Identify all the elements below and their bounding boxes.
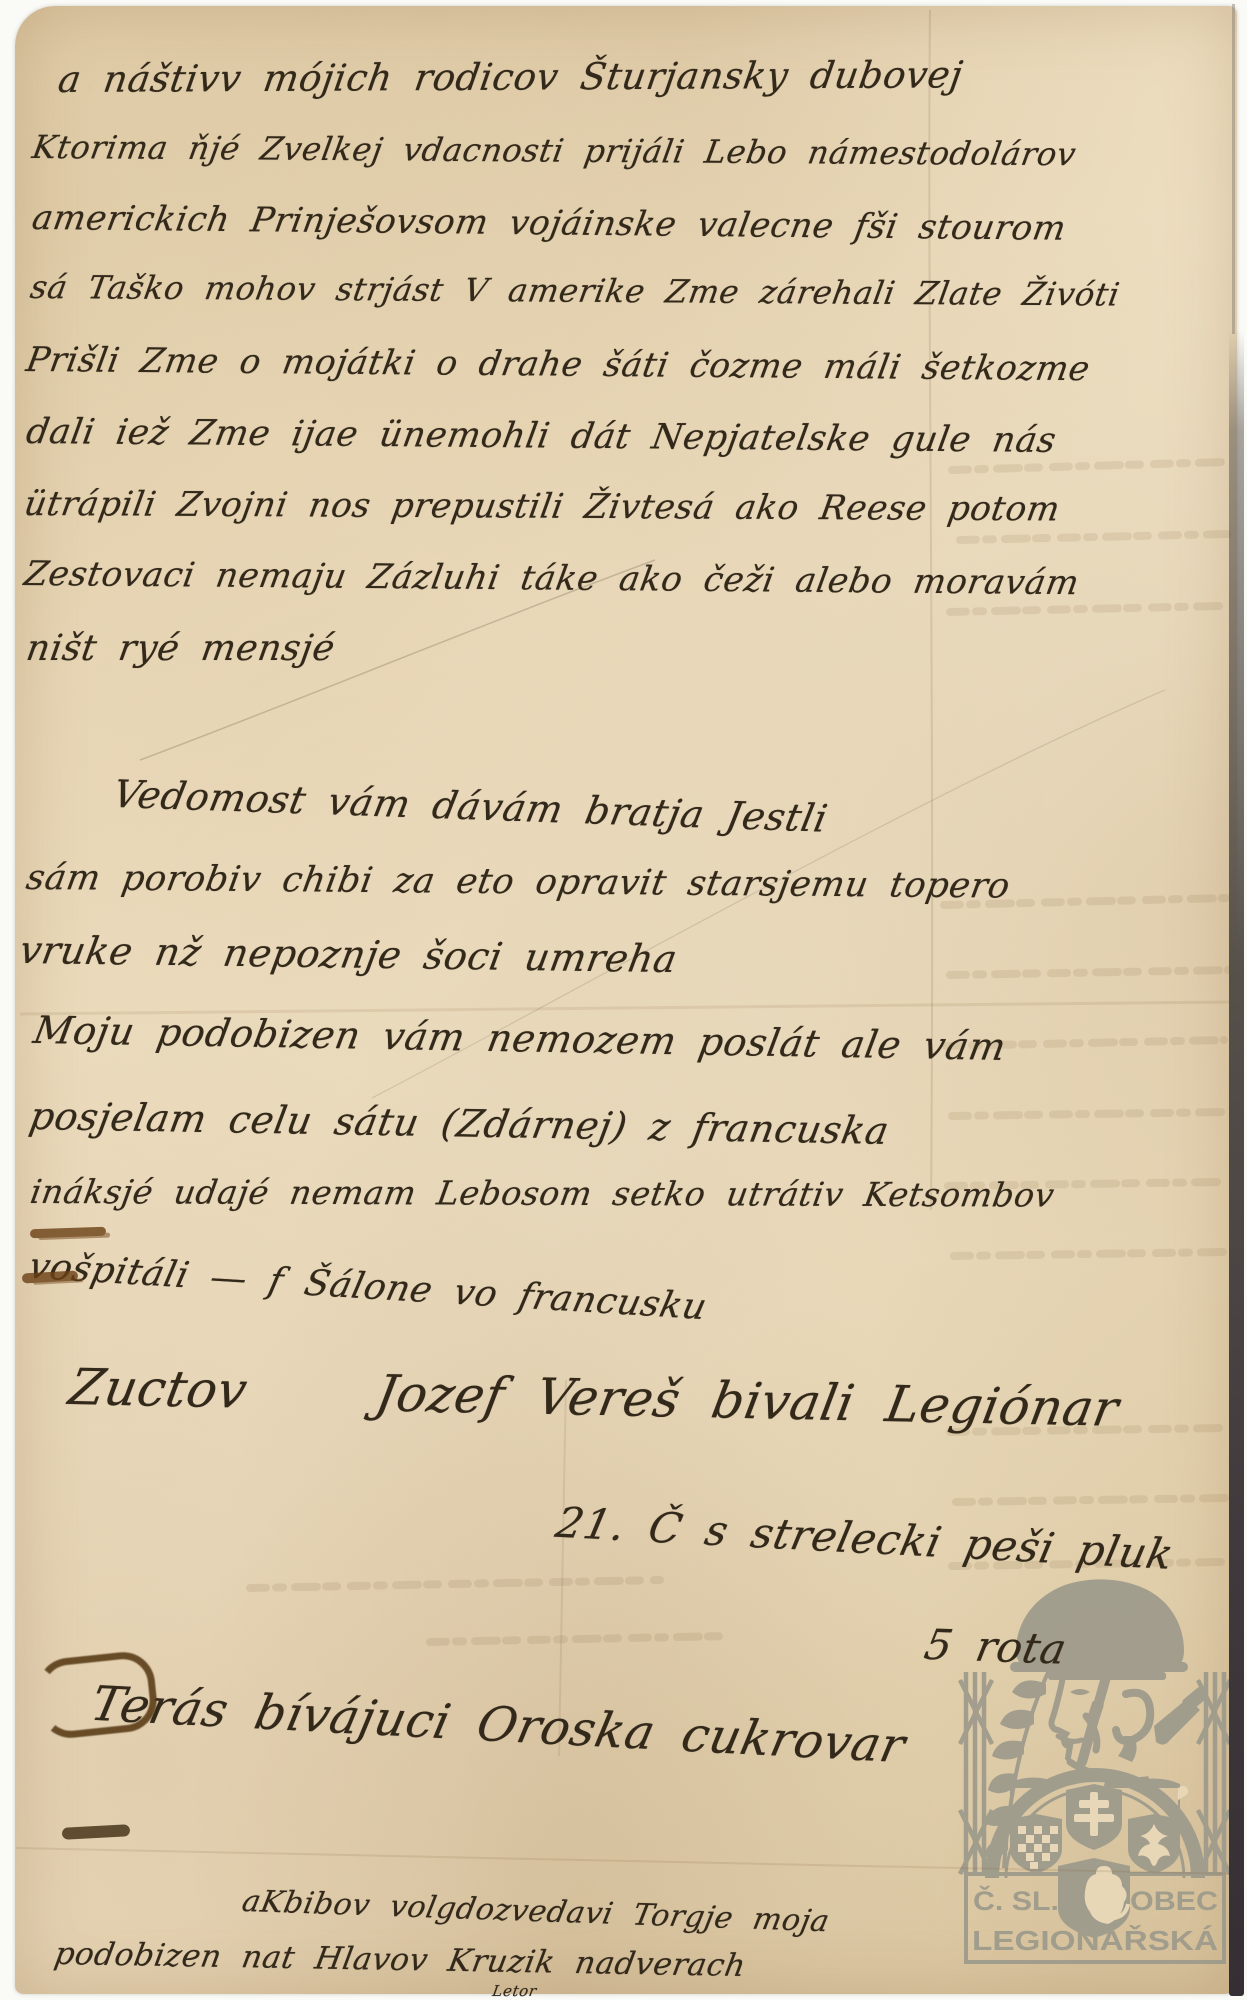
letter-line: vruke nž nepoznje šoci umreha — [16, 928, 680, 981]
company-line: 5 rota — [921, 1620, 1071, 1674]
letter-line: ütrápili Zvojni nos prepustili Živtesá a… — [21, 484, 1063, 529]
letter-line: Ktorima ňjé Zvelkej vdacnosti prijáli Le… — [30, 128, 1079, 173]
page-edge-top — [1232, 4, 1235, 334]
page-edge-shadow — [1229, 330, 1244, 1996]
scanned-letter-screenshot: { "doc": { "description_label": "handwri… — [0, 0, 1247, 2000]
letter-line: ništ ryé mensjé — [24, 628, 338, 669]
letter-line: a náštivv mójich rodicov Šturjansky dubo… — [55, 53, 965, 101]
letter-line: ináksjé udajé nemam Lebosom setko utráti… — [28, 1172, 1058, 1215]
postscript-insert: Letor — [491, 1982, 538, 2000]
letter-line: sám porobiv chibi za eto opravit starsje… — [23, 858, 1013, 907]
letter-line: sá Taško mohov strjást V amerike Zme zár… — [28, 268, 1123, 314]
paperclip-stain — [34, 1649, 160, 1741]
